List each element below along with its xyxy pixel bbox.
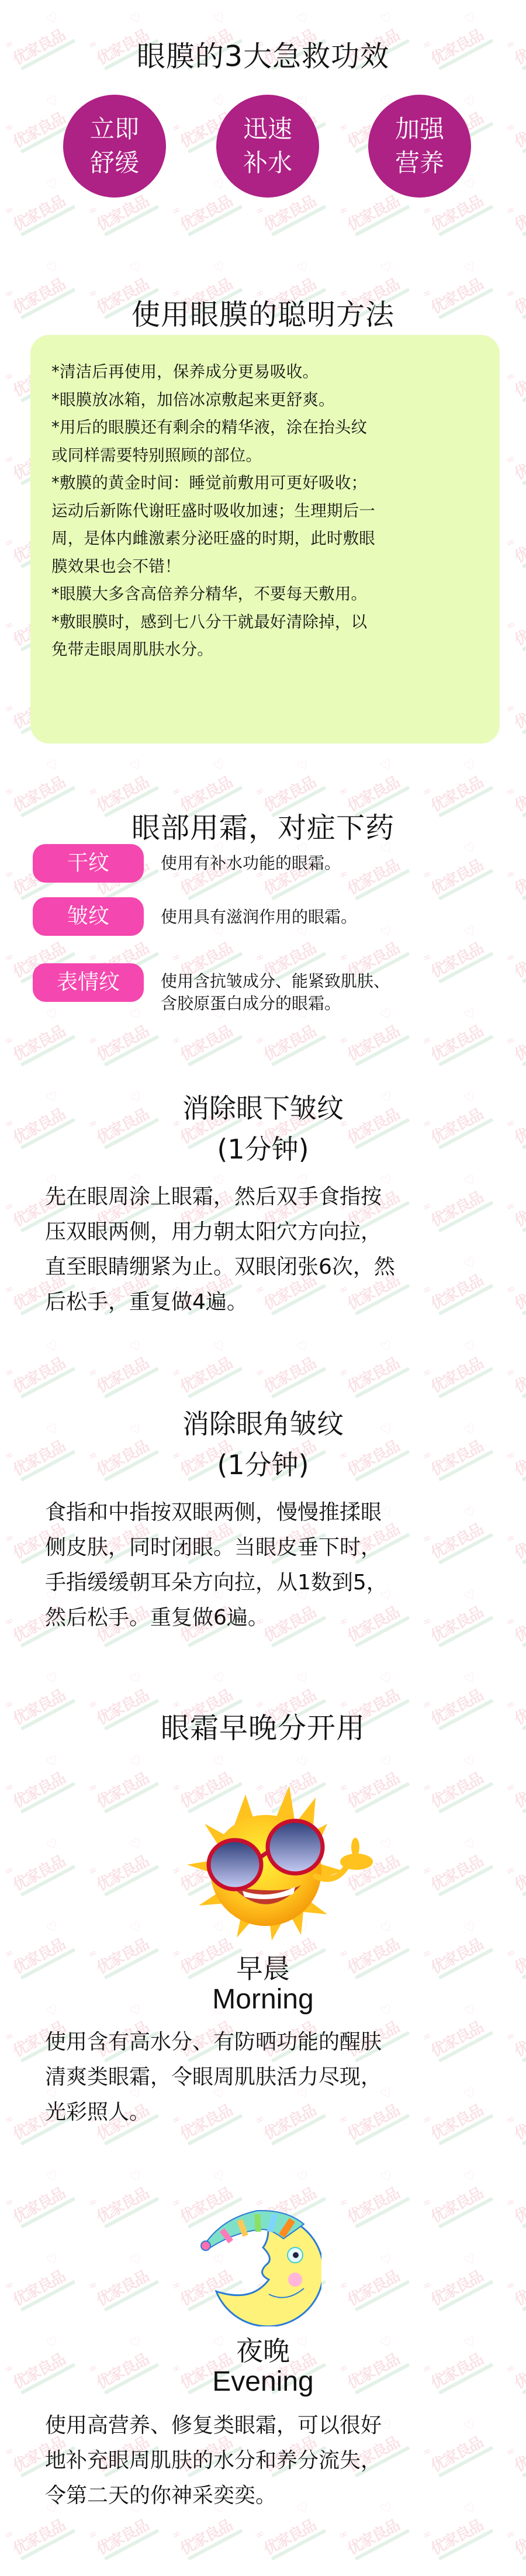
watermark-logo: ∞♡优家良品 — [502, 1503, 526, 1572]
heart-icon: ♡ — [44, 175, 61, 193]
gift-bow-icon: ∞ — [337, 120, 350, 135]
heart-icon: ♡ — [462, 1918, 479, 1937]
heart-icon: ♡ — [378, 2167, 395, 2186]
gift-bow-icon: ∞ — [169, 120, 183, 135]
watermark-logo: ∞♡优家良品 — [502, 2250, 526, 2319]
watermark-text: 优家良品 — [8, 1766, 68, 1812]
watermark-ribbon — [20, 1782, 76, 1813]
morning-title-en: Morning — [0, 1984, 526, 2015]
gift-bow-icon: ∞ — [420, 1033, 434, 1048]
benefit-circle-nourish: 加强 营养 — [368, 95, 471, 198]
gift-bow-icon: ∞ — [253, 1033, 267, 1048]
benefit-label-line2: 补水 — [243, 146, 292, 180]
watermark-ribbon — [438, 1367, 494, 1398]
watermark-logo: ∞♡优家良品 — [502, 507, 526, 576]
gift-bow-icon: ∞ — [337, 950, 350, 965]
section-title-eye-corner: 消除眼角皱纹 — [0, 1408, 526, 1440]
gift-bow-icon: ∞ — [504, 618, 517, 633]
watermark-logo: ∞♡优家良品 — [502, 2499, 526, 2568]
desc-line: 使用具有滋润作用的眼霜。 — [161, 906, 488, 928]
watermark-ribbon — [438, 1865, 494, 1896]
watermark-ribbon — [20, 2280, 76, 2311]
benefit-label-line1: 加强 — [395, 112, 444, 146]
watermark-text: 优家良品 — [342, 2513, 402, 2559]
para-line: 光彩照人。 — [45, 2095, 489, 2130]
tip-line: *敷眼膜时，感到七八分干就最好清除掉，以 — [51, 608, 476, 637]
gift-bow-icon: ∞ — [2, 1282, 16, 1297]
tag-wrinkles: 皱纹 — [33, 897, 144, 936]
tip-line: *清洁后再使用，保养成分更易吸收。 — [51, 358, 476, 386]
heart-icon: ♡ — [295, 9, 312, 27]
heart-icon: ♡ — [44, 258, 61, 276]
watermark-logo: ∞♡优家良品 — [335, 1005, 416, 1074]
heart-icon: ♡ — [462, 756, 479, 774]
watermark-text: 优家良品 — [8, 1849, 68, 1895]
gift-bow-icon: ∞ — [86, 1780, 99, 1795]
tip-line: *眼膜大多含高倍养分精华，不要每天敷用。 — [51, 580, 476, 608]
watermark-logo: ∞♡优家良品 — [335, 1337, 416, 1406]
watermark-logo: ∞♡优家良品 — [1, 175, 82, 244]
evening-title-en: Evening — [0, 2366, 526, 2398]
heart-icon: ♡ — [462, 1752, 479, 1771]
watermark-ribbon — [188, 205, 243, 236]
heart-icon: ♡ — [44, 9, 61, 27]
heart-icon: ♡ — [211, 1669, 228, 1688]
gift-bow-icon: ∞ — [2, 950, 16, 965]
watermark-ribbon — [438, 1782, 494, 1813]
heart-icon: ♡ — [211, 756, 228, 774]
gift-bow-icon: ∞ — [2, 2195, 16, 2210]
watermark-logo: ∞♡优家良品 — [502, 1171, 526, 1240]
para-line: 使用高营养、修复类眼霜，可以很好 — [45, 2408, 489, 2443]
heart-icon: ♡ — [378, 9, 395, 27]
watermark-text: 优家良品 — [342, 2264, 402, 2310]
watermark-text: 优家良品 — [426, 1849, 486, 1895]
gift-bow-icon: ∞ — [2, 452, 16, 467]
watermark-logo: ∞♡优家良品 — [502, 2416, 526, 2485]
watermark-text: 优家良品 — [510, 1351, 526, 1397]
watermark-logo: ∞♡优家良品 — [1, 1835, 82, 1904]
watermark-text: 优家良品 — [510, 355, 526, 401]
watermark-ribbon — [522, 620, 526, 651]
gift-bow-icon: ∞ — [420, 2195, 434, 2210]
para-line: 先在眼周涂上眼霜，然后双手食指按 — [45, 1180, 489, 1215]
gift-bow-icon: ∞ — [2, 1780, 16, 1795]
heart-icon: ♡ — [44, 1835, 61, 1854]
gift-bow-icon: ∞ — [420, 2527, 434, 2542]
gift-bow-icon: ∞ — [169, 950, 183, 965]
watermark-ribbon — [355, 2529, 410, 2560]
gift-bow-icon: ∞ — [253, 2527, 267, 2542]
para-line: 使用含有高水分、有防晒功能的醒肤 — [45, 2025, 489, 2060]
watermark-ribbon — [271, 1035, 327, 1066]
watermark-logo: ∞♡优家良品 — [502, 2167, 526, 2236]
watermark-ribbon — [522, 537, 526, 568]
watermark-ribbon — [522, 371, 526, 402]
watermark-ribbon — [20, 1367, 76, 1398]
watermark-text: 优家良品 — [92, 2513, 151, 2559]
gift-bow-icon: ∞ — [2, 2112, 16, 2127]
watermark-ribbon — [522, 2446, 526, 2477]
gift-bow-icon: ∞ — [2, 1863, 16, 1878]
heart-icon: ♡ — [378, 1337, 395, 1356]
gift-bow-icon: ∞ — [420, 784, 434, 799]
gift-bow-icon: ∞ — [253, 203, 267, 218]
watermark-text: 优家良品 — [510, 1185, 526, 1231]
watermark-logo: ∞♡优家良品 — [502, 590, 526, 659]
watermark-ribbon — [522, 454, 526, 485]
watermark-ribbon — [188, 1035, 243, 1066]
watermark-logo: ∞♡优家良品 — [418, 1005, 500, 1074]
para-line: 地补充眼周肌肤的水分和养分流失， — [45, 2443, 489, 2478]
watermark-text: 优家良品 — [510, 2513, 526, 2559]
watermark-text: 优家良品 — [342, 1351, 402, 1397]
watermark-ribbon — [522, 2529, 526, 2560]
watermark-ribbon — [355, 2197, 410, 2228]
gift-bow-icon: ∞ — [2, 369, 16, 384]
benefit-label-line2: 营养 — [395, 146, 444, 180]
watermark-ribbon — [20, 1865, 76, 1896]
watermark-logo: ∞♡优家良品 — [418, 1752, 500, 1821]
watermark-ribbon — [522, 2114, 526, 2145]
eye-corner-instructions: 食指和中指按双眼两侧，慢慢推揉眼 侧皮肤，同时闭眼。当眼皮垂下时， 手指缓缓朝耳… — [45, 1495, 489, 1635]
watermark-ribbon — [522, 2197, 526, 2228]
evening-description: 使用高营养、修复类眼霜，可以很好 地补充眼周肌肤的水分和养分流失， 令第二天的你… — [45, 2408, 489, 2513]
gift-bow-icon: ∞ — [420, 203, 434, 218]
watermark-text: 优家良品 — [8, 2181, 68, 2227]
benefit-label-line2: 舒缓 — [90, 146, 139, 180]
heart-icon: ♡ — [462, 258, 479, 276]
heart-icon: ♡ — [462, 1669, 479, 1688]
gift-bow-icon: ∞ — [86, 1365, 99, 1380]
watermark-text: 优家良品 — [426, 2181, 486, 2227]
watermark-ribbon — [271, 1367, 327, 1398]
watermark-text: 优家良品 — [8, 189, 68, 235]
gift-bow-icon: ∞ — [86, 1863, 99, 1878]
morning-title-cn: 早晨 — [0, 1952, 526, 1985]
watermark-ribbon — [355, 1367, 410, 1398]
watermark-ribbon — [188, 2529, 243, 2560]
gift-bow-icon: ∞ — [504, 1033, 517, 1048]
tag-dry-lines: 干纹 — [33, 844, 144, 883]
watermark-ribbon — [104, 2280, 160, 2311]
watermark-ribbon — [355, 2280, 410, 2311]
gift-bow-icon: ∞ — [2, 618, 16, 633]
heart-icon: ♡ — [295, 2167, 312, 2186]
watermark-text: 优家良品 — [92, 1849, 151, 1895]
watermark-text: 优家良品 — [259, 1351, 319, 1397]
heart-icon: ♡ — [127, 2167, 144, 2186]
gift-bow-icon: ∞ — [337, 1365, 350, 1380]
gift-bow-icon: ∞ — [2, 2444, 16, 2459]
watermark-text: 优家良品 — [92, 1019, 151, 1065]
heart-icon: ♡ — [462, 1835, 479, 1854]
watermark-text: 优家良品 — [8, 106, 68, 152]
watermark-logo: ∞♡优家良品 — [502, 424, 526, 493]
watermark-ribbon — [104, 1367, 160, 1398]
heart-icon: ♡ — [44, 1337, 61, 1356]
heart-icon: ♡ — [295, 756, 312, 774]
heart-icon: ♡ — [378, 258, 395, 276]
gift-bow-icon: ∞ — [504, 1282, 517, 1297]
heart-icon: ♡ — [211, 175, 228, 193]
heart-icon: ♡ — [127, 9, 144, 27]
watermark-logo: ∞♡优家良品 — [502, 2084, 526, 2153]
heart-icon: ♡ — [44, 1005, 61, 1024]
watermark-text: 优家良品 — [510, 1517, 526, 1563]
gift-bow-icon: ∞ — [169, 784, 183, 799]
watermark-ribbon — [104, 2529, 160, 2560]
para-line: 食指和中指按双眼两侧，慢慢推揉眼 — [45, 1495, 489, 1530]
para-line: 手指缓缓朝耳朵方向拉，从1数到5， — [45, 1565, 489, 1600]
watermark-logo: ∞♡优家良品 — [502, 673, 526, 742]
gift-bow-icon: ∞ — [420, 1365, 434, 1380]
watermark-text: 优家良品 — [175, 2513, 235, 2559]
gift-bow-icon: ∞ — [2, 867, 16, 882]
gift-bow-icon: ∞ — [504, 1780, 517, 1795]
desc-line: 使用有补水功能的眼霜。 — [161, 852, 488, 874]
watermark-logo: ∞♡优家良品 — [502, 1254, 526, 1323]
watermark-logo: ∞♡优家良品 — [84, 2250, 165, 2319]
heart-icon: ♡ — [44, 2250, 61, 2269]
watermark-text: 优家良品 — [342, 1019, 402, 1065]
heart-icon: ♡ — [127, 1669, 144, 1688]
watermark-text: 优家良品 — [426, 1766, 486, 1812]
heart-icon: ♡ — [44, 756, 61, 774]
gift-bow-icon: ∞ — [420, 950, 434, 965]
watermark-logo: ∞♡优家良品 — [168, 1337, 249, 1406]
watermark-ribbon — [522, 1865, 526, 1896]
gift-bow-icon: ∞ — [504, 2195, 517, 2210]
gift-bow-icon: ∞ — [2, 1033, 16, 1048]
watermark-ribbon — [522, 952, 526, 983]
gift-bow-icon: ∞ — [86, 2527, 99, 2542]
heart-icon: ♡ — [462, 2167, 479, 2186]
tip-line: *敷膜的黄金时间：睡觉前敷用可更好吸收； — [51, 469, 476, 497]
morning-description: 使用含有高水分、有防晒功能的醒肤 清爽类眼霜，令眼周肌肤活力尽现， 光彩照人。 — [45, 2025, 489, 2130]
watermark-text: 优家良品 — [175, 1019, 235, 1065]
watermark-text: 优家良品 — [510, 106, 526, 152]
watermark-logo: ∞♡优家良品 — [335, 2250, 416, 2319]
gift-bow-icon: ∞ — [504, 1199, 517, 1214]
watermark-text: 优家良品 — [426, 2513, 486, 2559]
watermark-text: 优家良品 — [510, 1849, 526, 1895]
heart-icon: ♡ — [295, 1752, 312, 1771]
gift-bow-icon: ∞ — [337, 2527, 350, 2542]
heart-icon: ♡ — [295, 258, 312, 276]
heart-icon: ♡ — [127, 1835, 144, 1854]
gift-bow-icon: ∞ — [169, 2195, 183, 2210]
watermark-ribbon — [355, 1035, 410, 1066]
heart-icon: ♡ — [462, 175, 479, 193]
evening-title-cn: 夜晚 — [0, 2335, 526, 2367]
gift-bow-icon: ∞ — [504, 950, 517, 965]
watermark-logo: ∞♡优家良品 — [502, 922, 526, 991]
watermark-logo: ∞♡优家良品 — [502, 175, 526, 244]
heart-icon: ♡ — [127, 1752, 144, 1771]
watermark-logo: ∞♡优家良品 — [1, 1005, 82, 1074]
gift-bow-icon: ∞ — [420, 2278, 434, 2293]
watermark-logo: ∞♡优家良品 — [84, 1005, 165, 1074]
watermark-text: 优家良品 — [342, 189, 402, 235]
para-line: 令第二天的你神采奕奕。 — [45, 2478, 489, 2513]
watermark-ribbon — [20, 1035, 76, 1066]
heart-icon: ♡ — [295, 1669, 312, 1688]
tip-line: 免带走眼周肌肤水分。 — [51, 636, 476, 664]
para-line: 压双眼两侧，用力朝太阳穴方向拉， — [45, 1215, 489, 1250]
tag-desc-expression-lines: 使用含抗皱成分、能紧致肌肤、 含胶原蛋白成分的眼霜。 — [161, 970, 488, 1015]
watermark-logo: ∞♡优家良品 — [1, 1752, 82, 1821]
gift-bow-icon: ∞ — [420, 1780, 434, 1795]
watermark-text: 优家良品 — [259, 1019, 319, 1065]
gift-bow-icon: ∞ — [504, 2112, 517, 2127]
gift-bow-icon: ∞ — [2, 120, 16, 135]
para-line: 直至眼睛绷紧为止。双眼闭张6次，然 — [45, 1250, 489, 1285]
watermark-text: 优家良品 — [510, 604, 526, 650]
watermark-logo: ∞♡优家良品 — [1, 1337, 82, 1406]
watermark-text: 优家良品 — [510, 2098, 526, 2144]
heart-icon: ♡ — [462, 92, 479, 110]
watermark-text: 优家良品 — [175, 189, 235, 235]
watermark-text: 优家良品 — [92, 2181, 151, 2227]
watermark-logo: ∞♡优家良品 — [84, 1835, 165, 1904]
gift-bow-icon: ∞ — [2, 1614, 16, 1629]
watermark-text: 优家良品 — [8, 1351, 68, 1397]
gift-bow-icon: ∞ — [2, 2527, 16, 2542]
gift-bow-icon: ∞ — [504, 1614, 517, 1629]
benefit-circle-hydrate: 迅速 补水 — [216, 95, 319, 198]
watermark-ribbon — [104, 1035, 160, 1066]
tag-desc-wrinkles: 使用具有滋润作用的眼霜。 — [161, 906, 488, 928]
watermark-text: 优家良品 — [92, 1766, 151, 1812]
sun-with-sunglasses-icon — [169, 1783, 392, 1952]
gift-bow-icon: ∞ — [504, 2029, 517, 2044]
watermark-logo: ∞♡优家良品 — [84, 1337, 165, 1406]
heart-icon: ♡ — [211, 1337, 228, 1356]
watermark-text: 优家良品 — [510, 1019, 526, 1065]
heart-icon: ♡ — [127, 1918, 144, 1937]
watermark-ribbon — [20, 2197, 76, 2228]
heart-icon: ♡ — [211, 258, 228, 276]
gift-bow-icon: ∞ — [504, 2278, 517, 2293]
watermark-ribbon — [522, 1201, 526, 1232]
gift-bow-icon: ∞ — [2, 1365, 16, 1380]
tip-line: *眼膜放冰箱，加倍冰凉敷起来更舒爽。 — [51, 386, 476, 414]
para-line: 侧皮肤，同时闭眼。当眼皮垂下时， — [45, 1530, 489, 1565]
benefit-label-line1: 迅速 — [243, 112, 292, 146]
para-line: 清爽类眼霜，令眼周肌肤活力尽现， — [45, 2060, 489, 2095]
watermark-ribbon — [355, 205, 410, 236]
gift-bow-icon: ∞ — [169, 203, 183, 218]
gift-bow-icon: ∞ — [504, 452, 517, 467]
watermark-text: 优家良品 — [92, 1351, 151, 1397]
gift-bow-icon: ∞ — [169, 2527, 183, 2542]
heart-icon: ♡ — [211, 2167, 228, 2186]
watermark-ribbon — [522, 1782, 526, 1813]
watermark-logo: ∞♡优家良品 — [502, 1337, 526, 1406]
gift-bow-icon: ∞ — [2, 784, 16, 799]
watermark-text: 优家良品 — [510, 1766, 526, 1812]
watermark-ribbon — [522, 2280, 526, 2311]
watermark-text: 优家良品 — [175, 1351, 235, 1397]
gift-bow-icon: ∞ — [2, 701, 16, 716]
duration-eye-corner: (1分钟) — [0, 1448, 526, 1481]
watermark-ribbon — [522, 122, 526, 153]
heart-icon: ♡ — [211, 1752, 228, 1771]
watermark-logo: ∞♡优家良品 — [502, 1005, 526, 1074]
heart-icon: ♡ — [211, 92, 228, 110]
tip-line: 膜效果也会不错！ — [51, 553, 476, 581]
watermark-ribbon — [522, 1284, 526, 1315]
gift-bow-icon: ∞ — [337, 784, 350, 799]
watermark-ribbon — [104, 1865, 160, 1896]
watermark-ribbon — [522, 1367, 526, 1398]
gift-bow-icon: ∞ — [2, 203, 16, 218]
para-line: 然后松手。重复做6遍。 — [45, 1600, 489, 1635]
watermark-text: 优家良品 — [510, 1600, 526, 1646]
benefit-label-line1: 立即 — [90, 112, 139, 146]
gift-bow-icon: ∞ — [253, 1365, 267, 1380]
watermark-logo: ∞♡优家良品 — [418, 1337, 500, 1406]
tip-line: 周，是体内雌激素分泌旺盛的时期，此时敷眼 — [51, 525, 476, 553]
gift-bow-icon: ∞ — [337, 203, 350, 218]
watermark-text: 优家良品 — [426, 2264, 486, 2310]
watermark-ribbon — [438, 1035, 494, 1066]
section-title-eye-cream-types: 眼部用霜，对症下药 — [0, 805, 526, 846]
gift-bow-icon: ∞ — [169, 1365, 183, 1380]
gift-bow-icon: ∞ — [169, 2278, 183, 2293]
watermark-text: 优家良品 — [259, 2513, 319, 2559]
watermark-text: 优家良品 — [8, 2513, 68, 2559]
gift-bow-icon: ∞ — [253, 784, 267, 799]
watermark-logo: ∞♡优家良品 — [502, 1835, 526, 1904]
watermark-text: 优家良品 — [510, 2181, 526, 2227]
section-title-under-eye: 消除眼下皱纹 — [0, 1092, 526, 1125]
watermark-text: 优家良品 — [8, 1019, 68, 1065]
watermark-text: 优家良品 — [510, 189, 526, 235]
watermark-ribbon — [104, 1782, 160, 1813]
tag-expression-lines: 表情纹 — [33, 963, 144, 1002]
heart-icon: ♡ — [462, 1337, 479, 1356]
gift-bow-icon: ∞ — [504, 369, 517, 384]
watermark-ribbon — [438, 205, 494, 236]
watermark-logo: ∞♡优家良品 — [418, 2167, 500, 2236]
watermark-ribbon — [522, 2031, 526, 2062]
watermark-ribbon — [104, 2197, 160, 2228]
gift-bow-icon: ∞ — [337, 1033, 350, 1048]
heart-icon: ♡ — [462, 9, 479, 27]
watermark-text: 优家良品 — [342, 2181, 402, 2227]
heart-icon: ♡ — [44, 1918, 61, 1937]
watermark-ribbon — [20, 2529, 76, 2560]
heart-icon: ♡ — [211, 9, 228, 27]
watermark-text: 优家良品 — [510, 936, 526, 982]
gift-bow-icon: ∞ — [504, 1365, 517, 1380]
tip-line: *用后的眼膜还有剩余的精华液，涂在抬头纹 — [51, 414, 476, 442]
watermark-text: 优家良品 — [510, 2264, 526, 2310]
watermark-logo: ∞♡优家良品 — [168, 1005, 249, 1074]
watermark-ribbon — [438, 2280, 494, 2311]
watermark-logo: ∞♡优家良品 — [251, 1337, 333, 1406]
gift-bow-icon: ∞ — [86, 784, 99, 799]
gift-bow-icon: ∞ — [504, 535, 517, 550]
watermark-ribbon — [271, 205, 327, 236]
watermark-ribbon — [438, 2197, 494, 2228]
heart-icon: ♡ — [127, 1337, 144, 1356]
gift-bow-icon: ∞ — [504, 2527, 517, 2542]
watermark-ribbon — [104, 205, 160, 236]
gift-bow-icon: ∞ — [504, 1863, 517, 1878]
